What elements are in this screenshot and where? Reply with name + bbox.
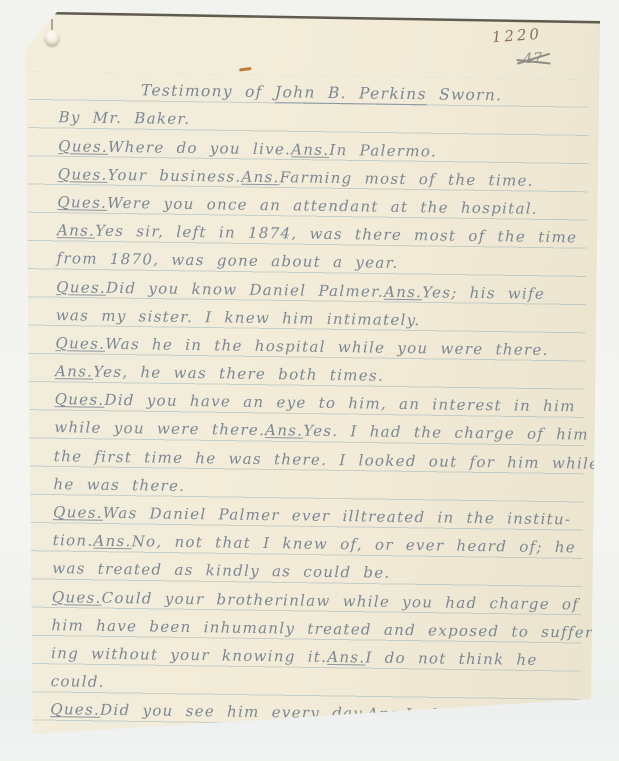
title-name: John B. Perkins — [275, 83, 427, 105]
page-number: 1220 — [491, 25, 542, 47]
crossed-out-number: 47 — [523, 50, 544, 67]
handwritten-text: Testimony of John B. Perkins Sworn. By M… — [20, 72, 589, 728]
document-page: 1220 47 Testimony of John B. Perkins Swo… — [0, 0, 619, 761]
page-content: 1220 47 Testimony of John B. Perkins Swo… — [20, 16, 596, 742]
red-pencil-mark — [239, 67, 251, 71]
scanned-document: 1220 47 Testimony of John B. Perkins Swo… — [0, 0, 619, 761]
title-post: Sworn. — [427, 85, 503, 104]
title-pre: Testimony of — [141, 81, 275, 101]
